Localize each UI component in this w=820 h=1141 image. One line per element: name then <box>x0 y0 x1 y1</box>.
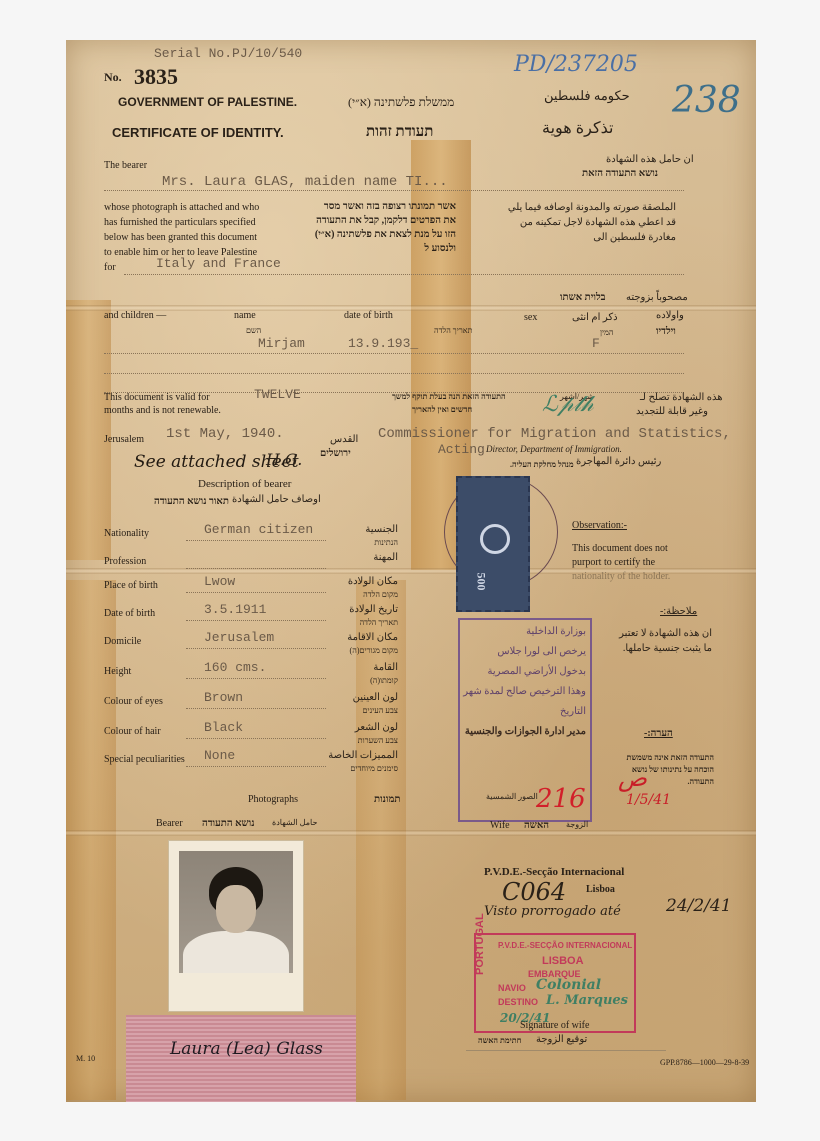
description-title-ar: اوصاف حامل الشهادة <box>232 494 321 505</box>
field-label-ar: لون العينين <box>332 692 398 703</box>
children-sex-he: המין <box>600 328 613 337</box>
stamp-country: PORTUGAL <box>474 913 486 975</box>
bearer-label: The bearer <box>104 160 147 171</box>
children-name-he: השם <box>246 326 261 335</box>
children-name-label: name <box>234 310 256 321</box>
visa-date: 24/2/41 <box>666 896 732 916</box>
dotted-line <box>124 274 684 275</box>
bearer-clause-he: אשר תמונתו רצופה בזה ואשר מסר את הפרטים … <box>328 200 456 256</box>
description-title-he: תאור נושא התעודה <box>154 496 229 507</box>
dotted-line <box>186 540 326 541</box>
acting-label: Acting <box>438 442 485 457</box>
government-en: GOVERNMENT OF PALESTINE. <box>118 95 297 109</box>
printer-code: GPP.8786—1000—29-8-39 <box>660 1058 749 1067</box>
tape-strip <box>66 580 116 1100</box>
red-handwritten-mark: ص <box>618 764 647 792</box>
certificate-number: 3835 <box>134 64 178 90</box>
navio-value: Colonial <box>536 977 601 993</box>
title-en: CERTIFICATE OF IDENTITY. <box>112 125 284 140</box>
red-date: 1/5/41 <box>626 792 671 808</box>
wife-label-ar: الزوجة <box>566 820 588 829</box>
children-dob-he: תאריך הלדה <box>434 326 472 335</box>
number-label: No. <box>104 70 122 85</box>
observation-label-ar: ملاحظة:- <box>660 606 697 617</box>
wife-label-he: האשה <box>524 820 549 831</box>
wife-signature-ar: توقيع الزوجة <box>536 1034 587 1045</box>
field-label: Special peculiarities <box>104 754 185 765</box>
dotted-line <box>104 190 684 191</box>
field-label: Colour of hair <box>104 726 161 737</box>
field-value: 160 cms. <box>204 660 266 675</box>
revenue-stamp: 500 <box>456 476 530 612</box>
form-code: M. 10 <box>76 1054 95 1063</box>
field-value: 3.5.1911 <box>204 602 266 617</box>
field-label: Height <box>104 666 131 677</box>
field-label-he: צבע השערות <box>332 736 398 745</box>
field-label-ar: المميزات الخاصة <box>332 750 398 761</box>
official-title: Commissioner for Migration and Statistic… <box>378 426 731 442</box>
dotted-line <box>186 568 326 569</box>
official-signature: ℒ𝓅𝓁𝒽 <box>542 392 594 417</box>
bearer-signature: Laura (Lea) Glass <box>170 1039 323 1059</box>
for-label: for <box>104 262 116 273</box>
dotted-line <box>186 766 326 767</box>
issue-place-en: Jerusalem <box>104 434 144 445</box>
divider <box>466 1050 666 1051</box>
serial-number: Serial No.PJ/10/540 <box>154 46 302 61</box>
field-label-he: סימנים מיוחדים <box>332 764 398 773</box>
photographs-title-en: Photographs <box>248 794 298 805</box>
navio-label: NAVIO <box>498 983 526 993</box>
egypt-photo-label: الصور الشمسية <box>486 792 538 801</box>
dotted-line <box>186 708 326 709</box>
child-dob: 13.9.193_ <box>348 336 418 351</box>
dotted-line <box>186 678 326 679</box>
title-he: תעודת זהות <box>366 124 433 141</box>
dotted-line <box>104 353 684 354</box>
validity-text2-en: months and is not renewable. <box>104 405 221 416</box>
children-he: וילדיו <box>656 326 676 337</box>
wife-ar: مصحوباً بزوجته <box>626 292 688 303</box>
field-label-ar: تاريخ الولادة <box>332 604 398 615</box>
field-value: Jerusalem <box>204 630 274 645</box>
observation-text-he: התעודה הזאת אינה משמשת הוכחה על נתינותו … <box>594 752 714 788</box>
revenue-value: 500 <box>474 573 489 591</box>
observation-label: Observation:- <box>572 520 627 531</box>
bearer-photo-label-en: Bearer <box>156 818 183 829</box>
wife-signature-he: חתימת האשה <box>478 1036 521 1045</box>
field-label: Colour of eyes <box>104 696 163 707</box>
dotted-line <box>186 648 326 649</box>
red-number: 216 <box>536 784 586 814</box>
file-reference: PD/237205 <box>514 52 638 77</box>
bearer-clause-ar: الملصقة صورته والمدونة اوصافه فيما يلي ق… <box>536 200 676 245</box>
field-label-he: תאריך הלדה <box>332 618 398 627</box>
destination: Italy and France <box>156 256 281 271</box>
field-label-ar: المهنة <box>332 552 398 563</box>
dotted-line <box>186 592 326 593</box>
photographs-title-he: תמונות <box>374 794 401 805</box>
validity-text-ar: هذه الشهادة تصلح لـ <box>640 392 723 403</box>
bearer-photo-label-ar: حامل الشهادة <box>272 818 317 827</box>
title-ar: تذكرة هوية <box>542 118 613 138</box>
children-ar: واولاده <box>656 310 684 321</box>
pvde-number: C064 <box>502 878 566 906</box>
field-value: Brown <box>204 690 243 705</box>
field-label-he: הנתינות <box>332 538 398 547</box>
crescent-icon <box>480 524 510 554</box>
dotted-line <box>186 738 326 739</box>
bearer-label-ar: ان حامل هذه الشهادة <box>606 154 694 165</box>
bearer-clause-en: whose photograph is attached and who has… <box>104 200 259 260</box>
director-title-en: Director, Department of Immigration. <box>486 444 622 454</box>
field-label: Profession <box>104 556 146 567</box>
director-title-he: מנהל מחלקת העליה. <box>510 460 574 469</box>
field-label-he: קומתו(ה) <box>332 676 398 685</box>
pvde-city: Lisboa <box>586 884 615 895</box>
children-dob-label: date of birth <box>344 310 393 321</box>
bearer-photo-label-he: נושא התעודה <box>202 818 254 829</box>
field-value: German citizen <box>204 522 313 537</box>
government-he: ממשלת פלשתינה (א״י) <box>348 95 454 110</box>
visa-text: Visto prorrogado até <box>484 904 621 919</box>
field-label-he: מקום מגורים(ה) <box>332 646 398 655</box>
pvde-embarkation-stamp: PORTUGAL P.V.D.E.-SECÇÃO INTERNACIONAL L… <box>474 933 636 1033</box>
issue-place-he: ירושלים <box>320 448 351 459</box>
field-label: Date of birth <box>104 608 155 619</box>
issue-place-ar: القدس <box>330 434 358 445</box>
field-value: None <box>204 748 235 763</box>
validity-text-he: התעודה הזאת הנה בעלת תוקף למשך <box>392 392 506 401</box>
tape-strip <box>66 300 111 560</box>
destino-label: DESTINO <box>498 997 538 1007</box>
bearer-name: Mrs. Laura GLAS, maiden name TI... <box>162 174 448 190</box>
fold-line <box>66 830 756 836</box>
observation-label-he: הערה:- <box>644 728 673 739</box>
field-label: Domicile <box>104 636 141 647</box>
child-sex: F <box>592 336 600 351</box>
field-label-ar: القامة <box>332 662 398 673</box>
field-label-he: מקום הלדה <box>332 590 398 599</box>
children-sex-label: sex <box>524 312 537 323</box>
file-number: 238 <box>672 80 741 121</box>
children-sex-ar: ذكر ام انثى <box>572 312 618 323</box>
dotted-line <box>186 620 326 621</box>
certificate-of-identity: Serial No.PJ/10/540 No. 3835 GOVERNMENT … <box>66 40 756 1102</box>
director-title-ar: رئيس دائرة المهاجرة <box>576 456 661 467</box>
field-label: Place of birth <box>104 580 158 591</box>
egypt-stamp-text: بوزارة الداخلية يرخص الى لورا جلاس بدخول… <box>466 622 586 742</box>
field-label-ar: الجنسية <box>332 524 398 535</box>
signature-strip: Laura (Lea) Glass <box>126 1015 356 1102</box>
issue-date: 1st May, 1940. <box>166 426 284 442</box>
handwritten-initials: H.G. <box>266 450 302 469</box>
stamp-city: LISBOA <box>542 955 584 967</box>
validity-text2-ar: وغير قابلة للتجديد <box>636 406 708 417</box>
observation-text: This document does not purport to certif… <box>572 542 670 584</box>
validity-text-en: This document is valid for <box>104 392 210 403</box>
description-title-en: Description of bearer <box>198 478 291 490</box>
field-label-ar: مكان الاقامة <box>332 632 398 643</box>
dotted-line <box>104 373 684 374</box>
bearer-label-he: נושא התעודה הזאת <box>582 168 658 179</box>
field-value: Black <box>204 720 243 735</box>
validity-months: TWELVE <box>254 387 301 402</box>
child-name: Mirjam <box>258 336 305 351</box>
wife-signature-label: Signature of wife <box>520 1020 589 1031</box>
field-value: Lwow <box>204 574 235 589</box>
field-label-ar: مكان الولادة <box>332 576 398 587</box>
wife-label-en: Wife <box>490 820 510 831</box>
destino-value: L. Marques <box>546 993 628 1008</box>
bearer-photograph <box>168 840 304 1012</box>
tape-strip <box>356 580 406 1100</box>
stamp-title: P.V.D.E.-SECÇÃO INTERNACIONAL <box>498 941 632 950</box>
wife-he: בלוית אשתו <box>560 292 605 303</box>
field-label-ar: لون الشعر <box>332 722 398 733</box>
field-label: Nationality <box>104 528 149 539</box>
pvde-header: P.V.D.E.-Secção Internacional <box>484 866 624 878</box>
government-ar: حكومه فلسطين <box>544 88 630 104</box>
observation-text-ar: ان هذه الشهادة لا تعتبر ما يثبت جنسية حا… <box>602 626 712 656</box>
field-label-he: צבע העינים <box>332 706 398 715</box>
fold-line <box>66 305 756 311</box>
children-label: and children — <box>104 310 166 321</box>
validity-text2-he: חדשים ואין להאריך <box>412 405 472 414</box>
